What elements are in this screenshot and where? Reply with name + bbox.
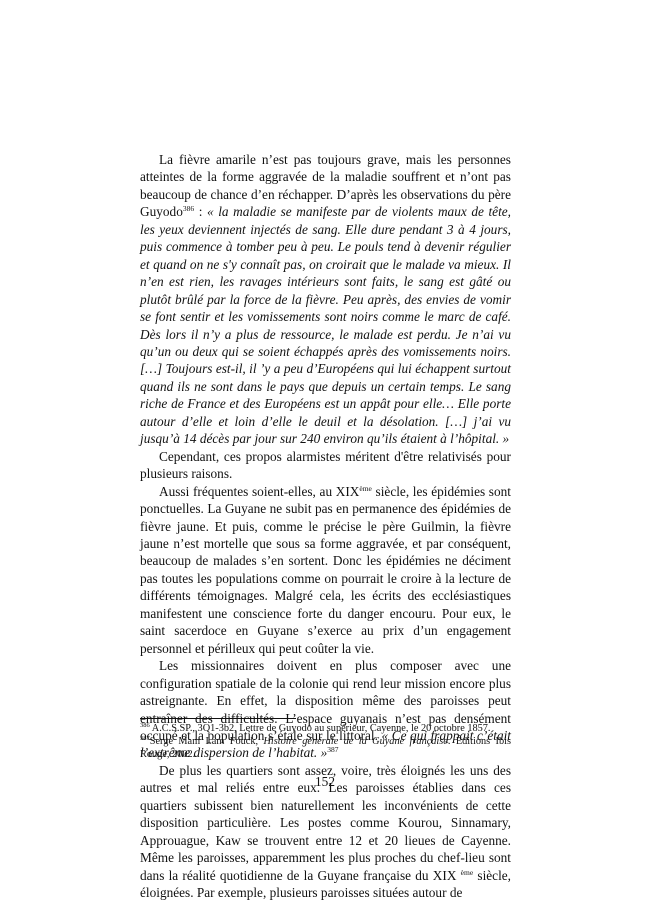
- paragraph-relativize: Cependant, ces propos alarmistes mériten…: [140, 448, 511, 483]
- footnote-ref: 386: [140, 722, 150, 729]
- footnote-ref: ème: [359, 484, 372, 493]
- footnotes: 386 A.C.S.SP., 3Q1-3b2, Lettre de Guyodo…: [140, 718, 511, 761]
- footnote-separator: [140, 718, 296, 719]
- footnote-ref: ème: [461, 868, 474, 877]
- footnote-386: 386 A.C.S.SP., 3Q1-3b2, Lettre de Guyodo…: [140, 722, 511, 735]
- footnote-ref: 386: [183, 204, 194, 213]
- footnote-387: 387Serge Mam Lam Fouck, Histoire général…: [140, 735, 511, 761]
- paragraph-epidemics-punctual: Aussi fréquentes soient-elles, au XIXème…: [140, 483, 511, 658]
- paragraph-yellow-fever-quote: La fièvre amarile n’est pas toujours gra…: [140, 151, 511, 448]
- footnote-ref: 387: [140, 735, 150, 742]
- page-number: 152: [0, 774, 650, 790]
